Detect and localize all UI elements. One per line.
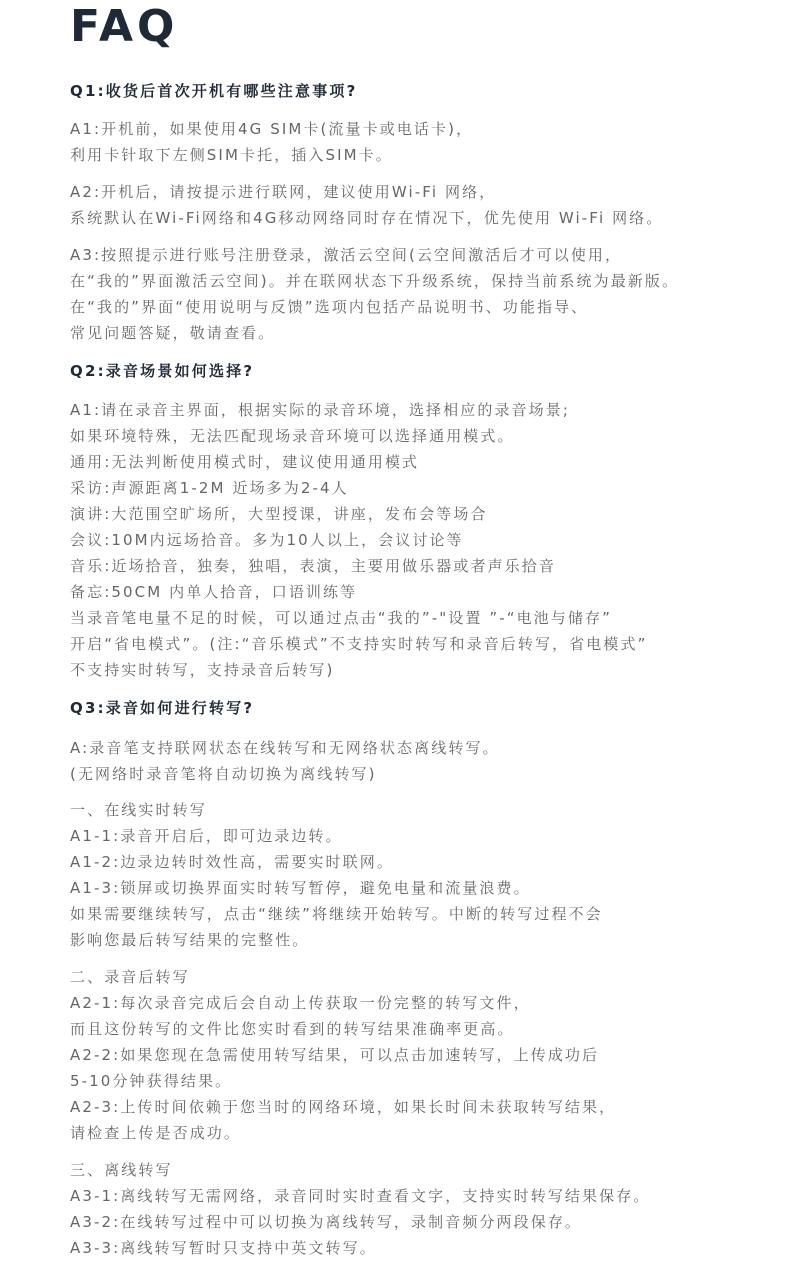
answer-line: A2-3:上传时间依赖于您当时的网络环境，如果长时间未获取转写结果， bbox=[70, 1097, 616, 1117]
answer-line: 如果环境特殊，无法匹配现场录音环境可以选择通用模式。 bbox=[70, 426, 515, 446]
question-heading: Q2:录音场景如何选择? bbox=[70, 361, 254, 381]
answer-line: 在“我的”界面激活云空间)。并在联网状态下升级系统，保持当前系统为最新版。 bbox=[70, 271, 679, 291]
section-heading: 一、在线实时转写 bbox=[70, 800, 207, 820]
answer-line: 备忘:50CM 内单人拾音，口语训练等 bbox=[70, 582, 357, 602]
answer-line: 不支持实时转写，支持录音后转写) bbox=[70, 660, 334, 680]
answer-line: A3-1:离线转写无需网络，录音同时实时查看文字，支持实时转写结果保存。 bbox=[70, 1186, 650, 1206]
answer-line: A1-2:边录边转时效性高，需要实时联网。 bbox=[70, 852, 394, 872]
answer-line: A2:开机后，请按提示进行联网，建议使用Wi-Fi 网络， bbox=[70, 182, 496, 202]
answer-line: A3:按照提示进行账号注册登录，激活云空间(云空间激活后才可以使用， bbox=[70, 245, 622, 265]
section-heading: 二、录音后转写 bbox=[70, 967, 190, 987]
answer-line: 开启“省电模式”。(注:“音乐模式”不支持实时转写和录音后转写，省电模式” bbox=[70, 634, 647, 654]
answer-line: 在“我的”界面“使用说明与反馈”选项内包括产品说明书、功能指导、 bbox=[70, 297, 588, 317]
answer-line: A2-2:如果您现在急需使用转写结果，可以点击加速转写，上传成功后 bbox=[70, 1045, 599, 1065]
answer-line: 请检查上传是否成功。 bbox=[70, 1123, 241, 1143]
section-heading: 三、离线转写 bbox=[70, 1160, 173, 1180]
answer-line: 音乐:近场拾音，独奏，独唱，表演，主要用做乐器或者声乐拾音 bbox=[70, 556, 556, 576]
answer-line: A1-1:录音开启后，即可边录边转。 bbox=[70, 826, 343, 846]
answer-line: 会议:10M内远场拾音。多为10人以上，会议讨论等 bbox=[70, 530, 464, 550]
answer-line: A3-2:在线转写过程中可以切换为离线转写，录制音频分两段保存。 bbox=[70, 1212, 582, 1232]
answer-line: A1:请在录音主界面，根据实际的录音环境，选择相应的录音场景; bbox=[70, 400, 570, 420]
answer-line: 利用卡针取下左侧SIM卡托，插入SIM卡。 bbox=[70, 145, 393, 165]
answer-line: A1-3:锁屏或切换界面实时转写暂停，避免电量和流量浪费。 bbox=[70, 878, 531, 898]
answer-line: (无网络时录音笔将自动切换为离线转写) bbox=[70, 764, 377, 784]
answer-line: 常见问题答疑，敬请查看。 bbox=[70, 323, 275, 343]
answer-line: 如果需要继续转写，点击“继续”将继续开始转写。中断的转写过程不会 bbox=[70, 904, 603, 924]
answer-line: 影响您最后转写结果的完整性。 bbox=[70, 930, 309, 950]
answer-line: A3-3:离线转写暂时只支持中英文转写。 bbox=[70, 1238, 377, 1258]
answer-line: 5-10分钟获得结果。 bbox=[70, 1071, 232, 1091]
question-heading: Q3:录音如何进行转写? bbox=[70, 698, 254, 718]
question-heading: Q1:收货后首次开机有哪些注意事项? bbox=[70, 81, 358, 101]
answer-line: 当录音笔电量不足的时候，可以通过点击“我的”-"设置 ”-“电池与储存” bbox=[70, 608, 612, 628]
answer-line: 演讲:大范围空旷场所，大型授课，讲座，发布会等场合 bbox=[70, 504, 488, 524]
page-title: FAQ bbox=[70, 2, 178, 52]
answer-line: A2-1:每次录音完成后会自动上传获取一份完整的转写文件， bbox=[70, 993, 531, 1013]
answer-line: 采访:声源距离1-2M 近场多为2-4人 bbox=[70, 478, 349, 498]
answer-line: A1:开机前，如果使用4G SIM卡(流量卡或电话卡)， bbox=[70, 119, 473, 139]
answer-line: 通用:无法判断使用模式时，建议使用通用模式 bbox=[70, 452, 419, 472]
answer-line: 系统默认在Wi-Fi网络和4G移动网络同时存在情况下，优先使用 Wi-Fi 网络… bbox=[70, 208, 663, 228]
answer-line: A:录音笔支持联网状态在线转写和无网络状态离线转写。 bbox=[70, 738, 500, 758]
answer-line: 而且这份转写的文件比您实时看到的转写结果准确率更高。 bbox=[70, 1019, 515, 1039]
